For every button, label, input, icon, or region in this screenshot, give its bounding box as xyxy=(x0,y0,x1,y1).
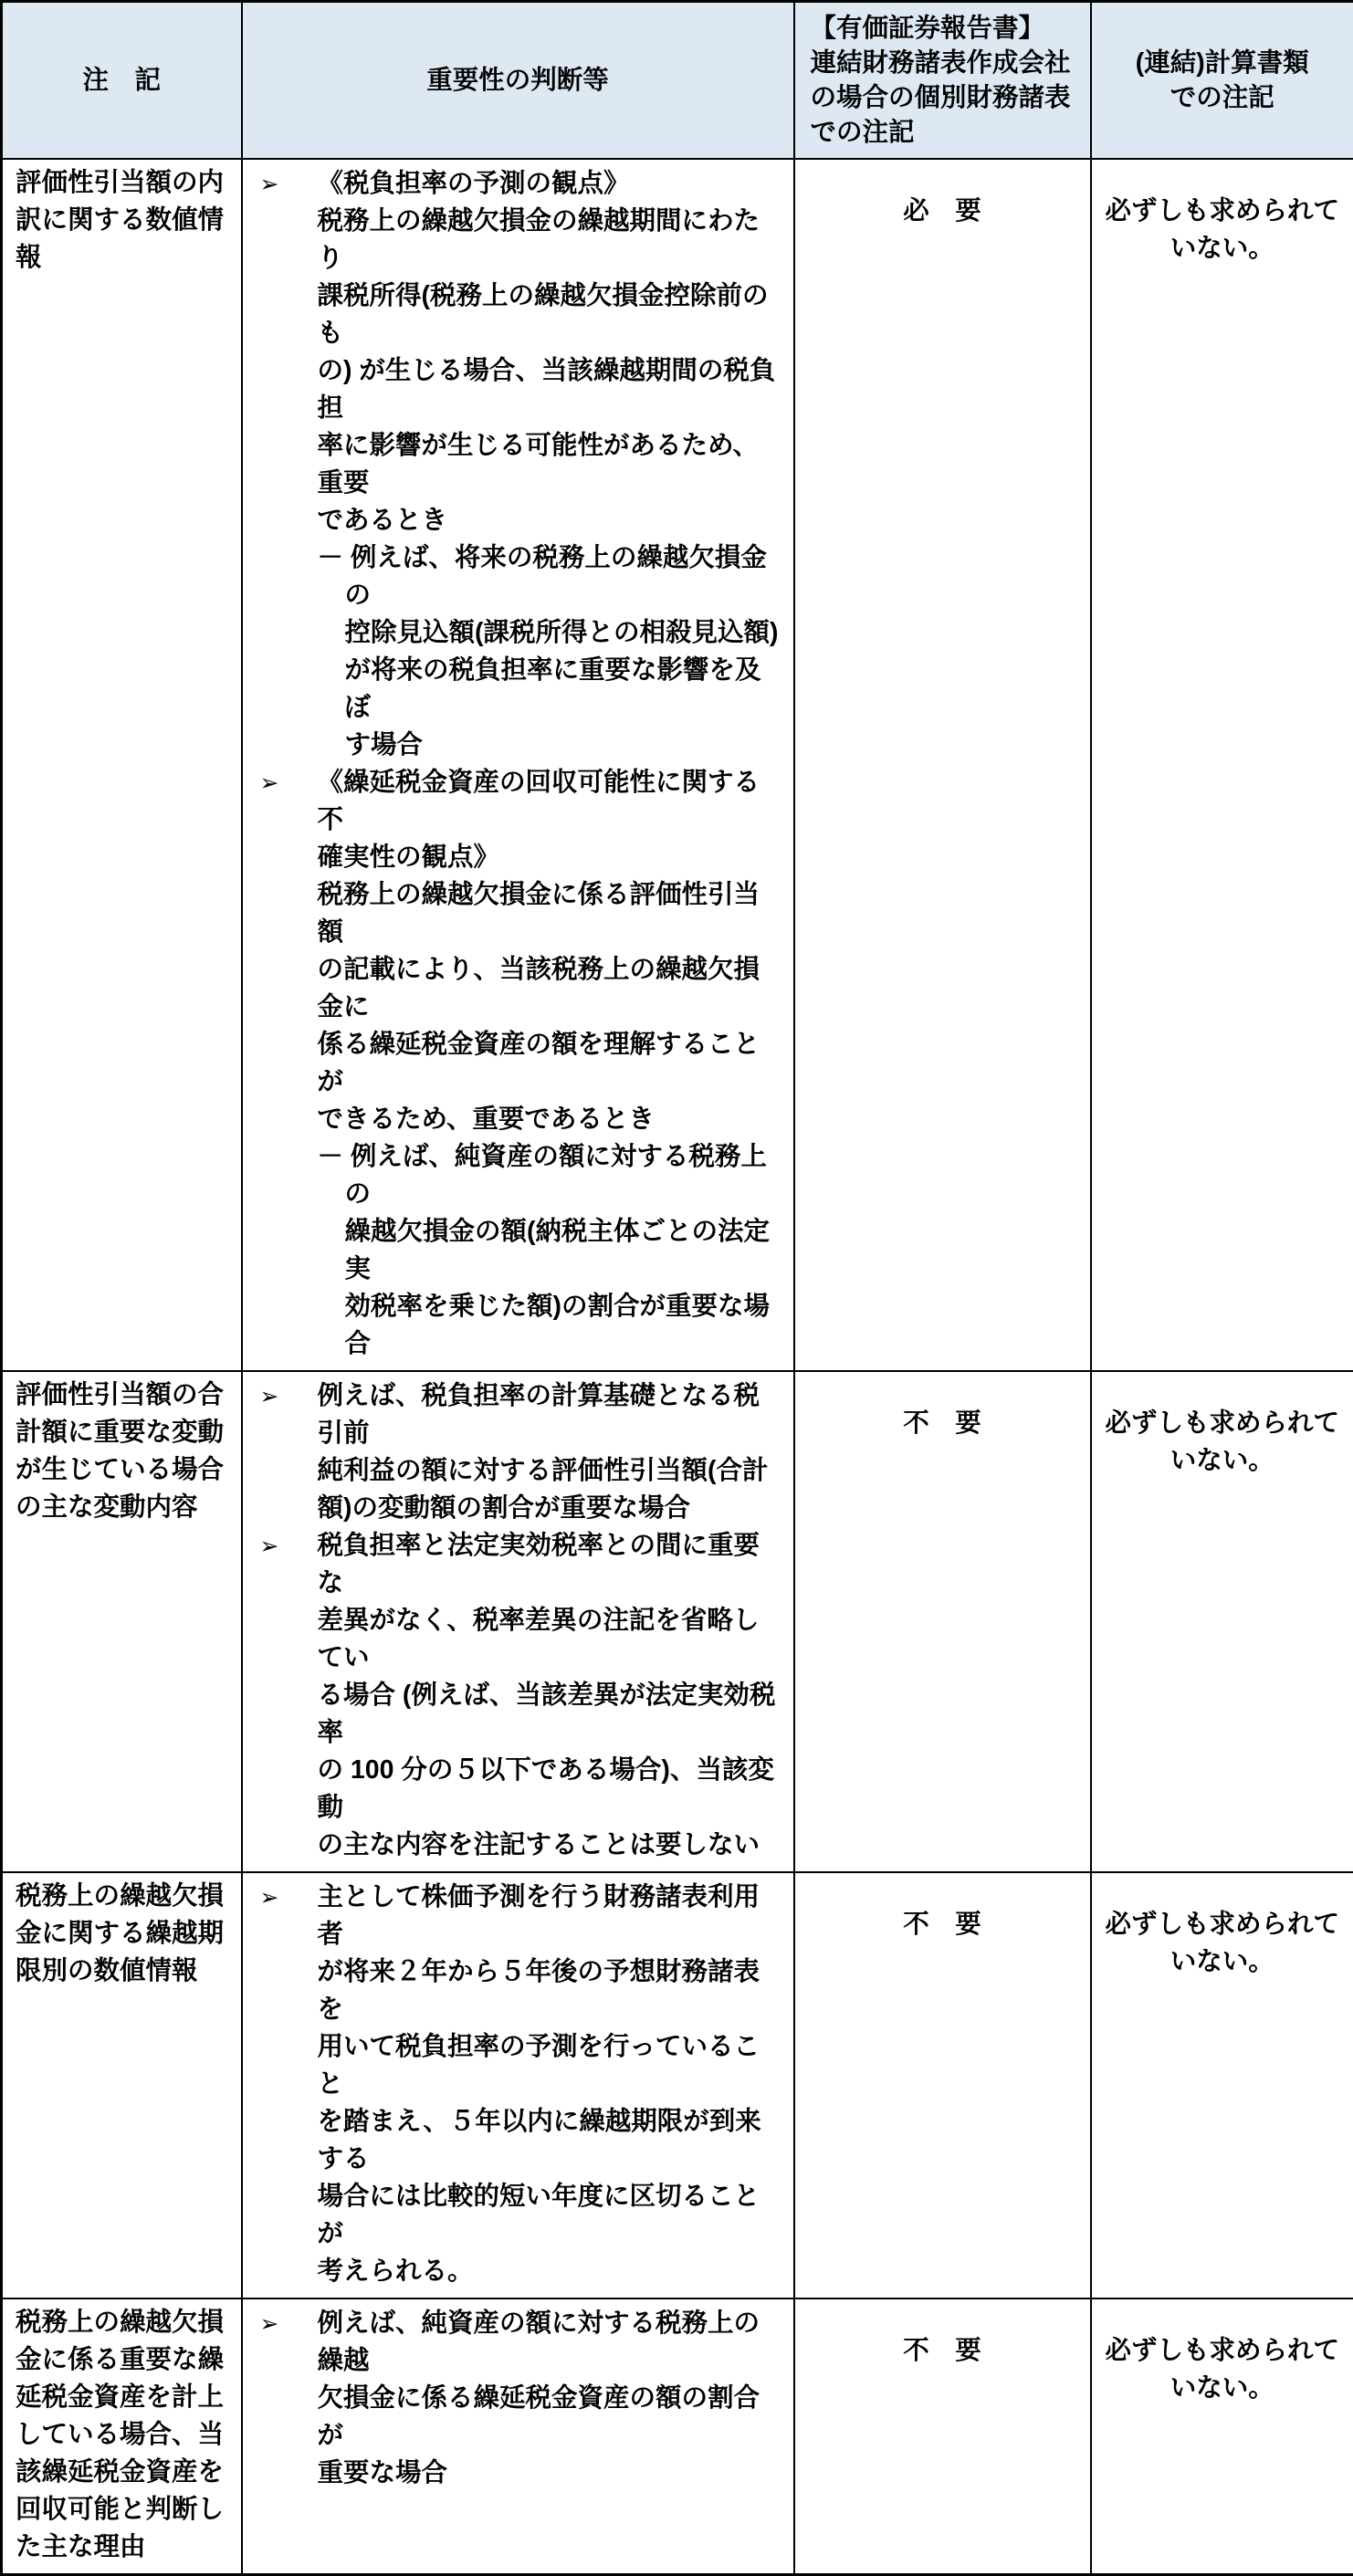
yuho-requirement-cell: 不 要 xyxy=(794,1371,1091,1872)
note-cell: 税務上の繰越欠損 金に関する繰越期 限別の数値情報 xyxy=(2,1872,242,2299)
judgment-point: ➢ 例えば、純資産の額に対する税務上の繰越 欠損金に係る繰延税金資産の額の割合が… xyxy=(249,2305,784,2492)
judgment-point: ➢ 例えば、税負担率の計算基礎となる税引前 純利益の額に対する評価性引当額(合計… xyxy=(249,1377,784,1527)
yuho-requirement-cell: 必 要 xyxy=(794,159,1091,1371)
arrow-bullet-icon: ➢ xyxy=(249,1879,318,1916)
table-row: 評価性引当額の内 訳に関する数値情 報 ➢ 《税負担率の予測の観点》 税務上の繰… xyxy=(2,159,1353,1371)
keisan-requirement-cell: 必ずしも求められて いない。 xyxy=(1091,1872,1353,2299)
point-text: 《税負担率の予測の観点》 税務上の繰越欠損金の繰越期間にわたり 課税所得(税務上… xyxy=(318,165,784,539)
table-row: 税務上の繰越欠損 金に関する繰越期 限別の数値情報 ➢ 主として株価予測を行う財… xyxy=(2,1872,1353,2299)
keisan-requirement-cell: 必ずしも求められて いない。 xyxy=(1091,1371,1353,1872)
keisan-requirement-cell: 必ずしも求められて いない。 xyxy=(1091,159,1353,1371)
arrow-bullet-icon: ➢ xyxy=(249,1527,318,1565)
judgment-point: ➢ 《税負担率の予測の観点》 税務上の繰越欠損金の繰越期間にわたり 課税所得(税… xyxy=(249,165,784,539)
arrow-bullet-icon: ➢ xyxy=(249,1377,318,1415)
arrow-bullet-icon: ➢ xyxy=(249,165,318,203)
point-text: 税負担率と法定実効税率との間に重要な 差異がなく、税率差異の注記を省略してい る… xyxy=(318,1527,784,1864)
keisan-requirement-cell: 必ずしも求められて いない。 xyxy=(1091,2299,1353,2575)
note-cell: 評価性引当額の合 計額に重要な変動 が生じている場合 の主な変動内容 xyxy=(2,1371,242,1872)
header-cell-keisan: (連結)計算書類 での注記 xyxy=(1091,2,1353,159)
arrow-bullet-icon: ➢ xyxy=(249,2305,318,2342)
header-cell-yuho: 【有価証券報告書】 連結財務諸表作成会社 の場合の個別財務諸表 での注記 xyxy=(794,2,1091,159)
point-text: 《繰延税金資産の回収可能性に関する不 確実性の観点》 税務上の繰越欠損金に係る評… xyxy=(318,764,784,1138)
disclosure-requirements-table: 注 記 重要性の判断等 【有価証券報告書】 連結財務諸表作成会社 の場合の個別財… xyxy=(0,0,1353,2576)
note-cell: 税務上の繰越欠損 金に係る重要な繰 延税金資産を計上 している場合、当 該繰延税… xyxy=(2,2299,242,2575)
table-row: 税務上の繰越欠損 金に係る重要な繰 延税金資産を計上 している場合、当 該繰延税… xyxy=(2,2299,1353,2575)
judgment-cell: ➢ 例えば、純資産の額に対する税務上の繰越 欠損金に係る繰延税金資産の額の割合が… xyxy=(242,2299,794,2575)
judgment-cell: ➢ 例えば、税負担率の計算基礎となる税引前 純利益の額に対する評価性引当額(合計… xyxy=(242,1371,794,1872)
judgment-cell: ➢ 《税負担率の予測の観点》 税務上の繰越欠損金の繰越期間にわたり 課税所得(税… xyxy=(242,159,794,1371)
arrow-bullet-icon: ➢ xyxy=(249,764,318,801)
yuho-requirement-cell: 不 要 xyxy=(794,1872,1091,2299)
header-cell-judgment: 重要性の判断等 xyxy=(242,2,794,159)
header-cell-note: 注 記 xyxy=(2,2,242,159)
judgment-point: ➢ 《繰延税金資産の回収可能性に関する不 確実性の観点》 税務上の繰越欠損金に係… xyxy=(249,764,784,1138)
sub-point-text: － 例えば、将来の税務上の繰越欠損金の 控除見込額(課税所得との相殺見込額) が… xyxy=(318,539,784,764)
judgment-point: ➢ 税負担率と法定実効税率との間に重要な 差異がなく、税率差異の注記を省略してい… xyxy=(249,1527,784,1864)
table-row: 評価性引当額の合 計額に重要な変動 が生じている場合 の主な変動内容 ➢ 例えば… xyxy=(2,1371,1353,1872)
sub-point-text: － 例えば、純資産の額に対する税務上の 繰越欠損金の額(納税主体ごとの法定実 効… xyxy=(318,1138,784,1363)
point-text: 例えば、税負担率の計算基礎となる税引前 純利益の額に対する評価性引当額(合計 額… xyxy=(318,1377,784,1527)
judgment-point: ➢ 主として株価予測を行う財務諸表利用者 が将来２年から５年後の予想財務諸表を … xyxy=(249,1879,784,2290)
note-cell: 評価性引当額の内 訳に関する数値情 報 xyxy=(2,159,242,1371)
header-row: 注 記 重要性の判断等 【有価証券報告書】 連結財務諸表作成会社 の場合の個別財… xyxy=(2,2,1353,159)
judgment-cell: ➢ 主として株価予測を行う財務諸表利用者 が将来２年から５年後の予想財務諸表を … xyxy=(242,1872,794,2299)
point-text: 例えば、純資産の額に対する税務上の繰越 欠損金に係る繰延税金資産の額の割合が 重… xyxy=(318,2305,784,2492)
point-text: 主として株価予測を行う財務諸表利用者 が将来２年から５年後の予想財務諸表を 用い… xyxy=(318,1879,784,2290)
yuho-requirement-cell: 不 要 xyxy=(794,2299,1091,2575)
